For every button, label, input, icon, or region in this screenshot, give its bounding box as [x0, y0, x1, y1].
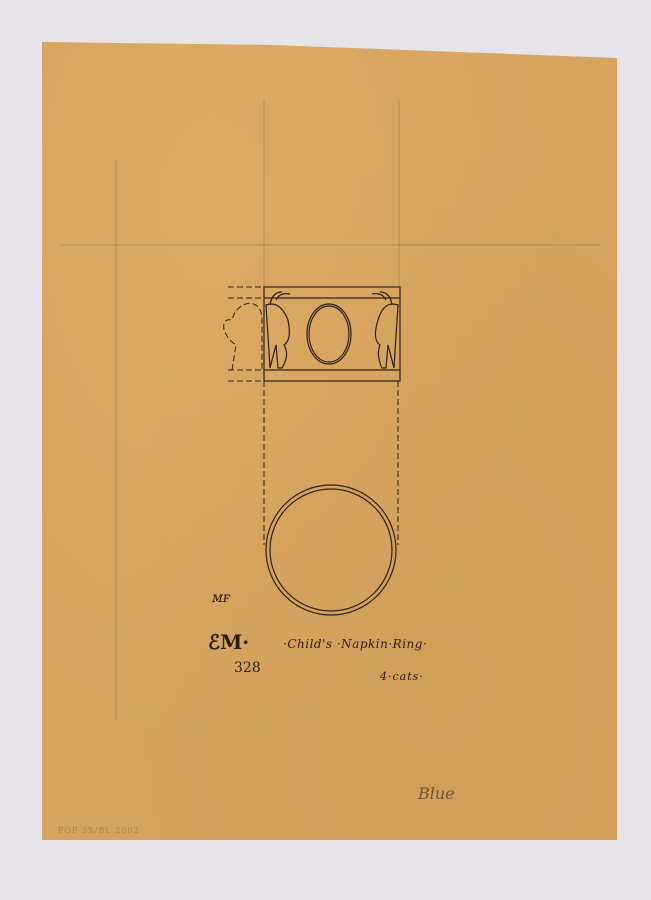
design-number: 328: [234, 660, 261, 676]
napkin-ring-drawing: [0, 0, 651, 900]
accession-stamp: POP 5X/BL 2002: [58, 826, 139, 835]
drawing-title: ·Child's ·Napkin·Ring·: [283, 637, 427, 651]
pencil-note: Blue: [418, 784, 455, 803]
cat-figure: [375, 304, 398, 368]
drawing-subtitle: 4·cats·: [380, 670, 424, 683]
cat-figure-wrap: [224, 303, 262, 370]
designer-mark: ℰM·: [208, 630, 249, 654]
ring-plan-view: [266, 485, 396, 615]
monogram: ᴍꜰ: [212, 590, 230, 606]
oval-medallion: [307, 304, 351, 364]
ring-band-elevation: [224, 287, 400, 381]
cat-figure: [266, 304, 289, 368]
